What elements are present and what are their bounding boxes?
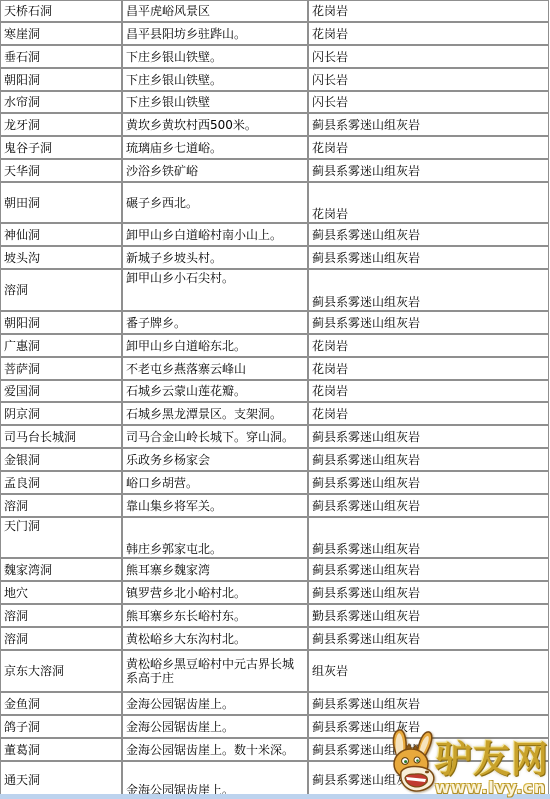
cave-location-cell: 不老屯乡燕落寨云峰山: [122, 357, 308, 380]
cave-name-cell: 金银洞: [0, 448, 122, 471]
cave-name-cell: 魏家湾洞: [0, 558, 122, 581]
cave-location-cell: 昌平县阳坊乡驻跸山。: [122, 22, 308, 45]
cave-name-cell: 广惠洞: [0, 334, 122, 357]
cave-name-cell: 水帘洞: [0, 91, 122, 113]
cave-rock-cell: 蓟县系雾迷山组灰岩: [308, 269, 549, 311]
cave-name-cell: 神仙洞: [0, 223, 122, 246]
table-row: 寒崖洞昌平县阳坊乡驻跸山。花岗岩: [0, 22, 549, 45]
table-row: 朝阳洞下庄乡银山铁壁。闪长岩: [0, 68, 549, 91]
table-row: 京东大溶洞黄松峪乡黑豆峪村中元古界长城系高于庄组灰岩: [0, 650, 549, 692]
cave-rock-cell: 蓟县系雾迷山组灰岩: [308, 494, 549, 517]
cave-location-cell: 金海公园锯齿崖上。: [122, 692, 308, 715]
table-row: 溶洞靠山集乡将军关。蓟县系雾迷山组灰岩: [0, 494, 549, 517]
cave-location-cell: 金海公园锯齿崖上。: [122, 715, 308, 738]
table-row: 垂石洞下庄乡银山铁壁。闪长岩: [0, 45, 549, 68]
cave-name-cell: 龙牙洞: [0, 113, 122, 136]
cave-rock-cell: 花岗岩: [308, 380, 549, 402]
cave-name-cell: 寒崖洞: [0, 22, 122, 45]
table-row: 金银洞乐政务乡杨家会蓟县系雾迷山组灰岩: [0, 448, 549, 471]
cave-name-cell: 爱国洞: [0, 380, 122, 402]
cave-location-cell: 下庄乡银山铁壁: [122, 91, 308, 113]
cave-rock-cell: 蓟县系雾迷山组灰岩: [308, 113, 549, 136]
cave-location-cell: 石城乡云蒙山莲花瓣。: [122, 380, 308, 402]
table-row: 朝阳洞番子牌乡。蓟县系雾迷山组灰岩: [0, 311, 549, 334]
cave-name-cell: 溶洞: [0, 494, 122, 517]
cave-name-cell: 坡头沟: [0, 246, 122, 269]
cave-name-cell: 天桥石洞: [0, 0, 122, 22]
cave-rock-cell: 蓟县系雾迷山组灰岩: [308, 159, 549, 182]
cave-rock-cell: 蓟县系雾迷山组灰岩: [308, 581, 549, 604]
cave-rock-cell: 蓟县系雾迷山组灰岩: [308, 425, 549, 448]
cave-name-cell: 溶洞: [0, 269, 122, 311]
cave-name-cell: 垂石洞: [0, 45, 122, 68]
cave-rock-cell: 蓟县系雾迷山组灰岩: [308, 246, 549, 269]
cave-name-cell: 鸽子洞: [0, 715, 122, 738]
cave-rock-cell: 蓟县系雾迷山组灰岩: [308, 517, 549, 558]
table-row: 孟良洞峪口乡胡营。蓟县系雾迷山组灰岩: [0, 471, 549, 494]
cave-rock-cell: 闪长岩: [308, 68, 549, 91]
cave-rock-cell: 蓟县系雾迷山组灰岩: [308, 223, 549, 246]
table-row: 天华洞沙浴乡铁矿峪蓟县系雾迷山组灰岩: [0, 159, 549, 182]
cave-location-cell: 熊耳寨乡魏家湾: [122, 558, 308, 581]
table-row: 神仙洞卸甲山乡白道峪村南小山上。蓟县系雾迷山组灰岩: [0, 223, 549, 246]
cave-rock-cell: 勤县系雾迷山组灰岩: [308, 604, 549, 627]
table-row: 天门洞韩庄乡郭家屯北。蓟县系雾迷山组灰岩: [0, 517, 549, 558]
table-row: 广惠洞卸甲山乡白道峪东北。花岗岩: [0, 334, 549, 357]
cave-rock-cell: 闪长岩: [308, 91, 549, 113]
cave-name-cell: 孟良洞: [0, 471, 122, 494]
cave-rock-cell: 蓟县系雾迷山组灰岩: [308, 738, 549, 761]
table-row: 溶洞熊耳寨乡东长峪村东。勤县系雾迷山组灰岩: [0, 604, 549, 627]
cave-rock-cell: 蓟县系雾迷山组灰岩: [308, 715, 549, 738]
cave-rock-cell: 花岗岩: [308, 0, 549, 22]
cave-rock-cell: 蓟县系雾迷山组灰岩: [308, 448, 549, 471]
table-row: 水帘洞下庄乡银山铁壁闪长岩: [0, 91, 549, 113]
table-row: 溶洞卸甲山乡小石尖村。蓟县系雾迷山组灰岩: [0, 269, 549, 311]
cave-name-cell: 京东大溶洞: [0, 650, 122, 692]
cave-rock-cell: 闪长岩: [308, 45, 549, 68]
cave-name-cell: 朝阳洞: [0, 68, 122, 91]
cave-location-cell: 黄松峪乡大东沟村北。: [122, 627, 308, 650]
cave-location-cell: 峪口乡胡营。: [122, 471, 308, 494]
cave-name-cell: 地穴: [0, 581, 122, 604]
cave-location-cell: 镇罗营乡北小峪村北。: [122, 581, 308, 604]
bottom-edge-strip: [0, 794, 550, 799]
cave-rock-cell: 组灰岩: [308, 650, 549, 692]
cave-location-cell: 琉璃庙乡七道峪。: [122, 136, 308, 159]
table-row: 阴京洞石城乡黑龙潭景区。支架洞。花岗岩: [0, 402, 549, 425]
caves-table: 天桥石洞昌平虎峪风景区花岗岩寒崖洞昌平县阳坊乡驻跸山。花岗岩垂石洞下庄乡银山铁壁…: [0, 0, 549, 799]
cave-location-cell: 卸甲山乡白道峪东北。: [122, 334, 308, 357]
table-row: 坡头沟新城子乡坡头村。蓟县系雾迷山组灰岩: [0, 246, 549, 269]
table-row: 董葛洞金海公园锯齿崖上。数十米深。蓟县系雾迷山组灰岩: [0, 738, 549, 761]
table-row: 金鱼洞金海公园锯齿崖上。蓟县系雾迷山组灰岩: [0, 692, 549, 715]
table-row: 鸽子洞金海公园锯齿崖上。蓟县系雾迷山组灰岩: [0, 715, 549, 738]
table-row: 魏家湾洞熊耳寨乡魏家湾蓟县系雾迷山组灰岩: [0, 558, 549, 581]
cave-rock-cell: 蓟县系雾迷山组灰岩: [308, 692, 549, 715]
table-row: 溶洞黄松峪乡大东沟村北。蓟县系雾迷山组灰岩: [0, 627, 549, 650]
cave-rock-cell: 花岗岩: [308, 402, 549, 425]
cave-name-cell: 阴京洞: [0, 402, 122, 425]
cave-name-cell: 鬼谷子洞: [0, 136, 122, 159]
cave-name-cell: 朝田洞: [0, 182, 122, 223]
cave-location-cell: 番子牌乡。: [122, 311, 308, 334]
cave-location-cell: 韩庄乡郭家屯北。: [122, 517, 308, 558]
cave-name-cell: 溶洞: [0, 604, 122, 627]
cave-location-cell: 黄松峪乡黑豆峪村中元古界长城系高于庄: [122, 650, 308, 692]
cave-rock-cell: 花岗岩: [308, 357, 549, 380]
table-row: 菩萨洞不老屯乡燕落寨云峰山花岗岩: [0, 357, 549, 380]
cave-name-cell: 董葛洞: [0, 738, 122, 761]
cave-location-cell: 靠山集乡将军关。: [122, 494, 308, 517]
table-row: 地穴镇罗营乡北小峪村北。蓟县系雾迷山组灰岩: [0, 581, 549, 604]
cave-rock-cell: 蓟县系雾迷山组灰岩: [308, 627, 549, 650]
cave-location-cell: 金海公园锯齿崖上。数十米深。: [122, 738, 308, 761]
cave-location-cell: 乐政务乡杨家会: [122, 448, 308, 471]
cave-location-cell: 沙浴乡铁矿峪: [122, 159, 308, 182]
cave-name-cell: 菩萨洞: [0, 357, 122, 380]
cave-location-cell: 卸甲山乡小石尖村。: [122, 269, 308, 311]
cave-location-cell: 昌平虎峪风景区: [122, 0, 308, 22]
cave-name-cell: 溶洞: [0, 627, 122, 650]
cave-rock-cell: 花岗岩: [308, 334, 549, 357]
table-row: 天桥石洞昌平虎峪风景区花岗岩: [0, 0, 549, 22]
cave-location-cell: 熊耳寨乡东长峪村东。: [122, 604, 308, 627]
cave-location-cell: 下庄乡银山铁壁。: [122, 68, 308, 91]
caves-table-body: 天桥石洞昌平虎峪风景区花岗岩寒崖洞昌平县阳坊乡驻跸山。花岗岩垂石洞下庄乡银山铁壁…: [0, 0, 549, 799]
cave-rock-cell: 花岗岩: [308, 136, 549, 159]
cave-location-cell: 卸甲山乡白道峪村南小山上。: [122, 223, 308, 246]
table-row: 朝田洞碾子乡西北。花岗岩: [0, 182, 549, 223]
cave-location-cell: 下庄乡银山铁壁。: [122, 45, 308, 68]
cave-rock-cell: 蓟县系雾迷山组灰岩: [308, 311, 549, 334]
table-row: 爱国洞石城乡云蒙山莲花瓣。花岗岩: [0, 380, 549, 402]
cave-name-cell: 司马台长城洞: [0, 425, 122, 448]
table-row: 司马台长城洞司马合金山岭长城下。穿山洞。蓟县系雾迷山组灰岩: [0, 425, 549, 448]
table-row: 鬼谷子洞琉璃庙乡七道峪。花岗岩: [0, 136, 549, 159]
cave-location-cell: 碾子乡西北。: [122, 182, 308, 223]
cave-location-cell: 新城子乡坡头村。: [122, 246, 308, 269]
cave-location-cell: 黄坎乡黄坎村西500米。: [122, 113, 308, 136]
table-row: 龙牙洞黄坎乡黄坎村西500米。蓟县系雾迷山组灰岩: [0, 113, 549, 136]
cave-location-cell: 石城乡黑龙潭景区。支架洞。: [122, 402, 308, 425]
cave-rock-cell: 花岗岩: [308, 22, 549, 45]
cave-location-cell: 司马合金山岭长城下。穿山洞。: [122, 425, 308, 448]
cave-rock-cell: 蓟县系雾迷山组灰岩: [308, 558, 549, 581]
cave-rock-cell: 蓟县系雾迷山组灰岩: [308, 471, 549, 494]
page: 天桥石洞昌平虎峪风景区花岗岩寒崖洞昌平县阳坊乡驻跸山。花岗岩垂石洞下庄乡银山铁壁…: [0, 0, 550, 799]
cave-rock-cell: 花岗岩: [308, 182, 549, 223]
cave-name-cell: 朝阳洞: [0, 311, 122, 334]
cave-name-cell: 金鱼洞: [0, 692, 122, 715]
cave-name-cell: 天门洞: [0, 517, 122, 558]
cave-name-cell: 天华洞: [0, 159, 122, 182]
